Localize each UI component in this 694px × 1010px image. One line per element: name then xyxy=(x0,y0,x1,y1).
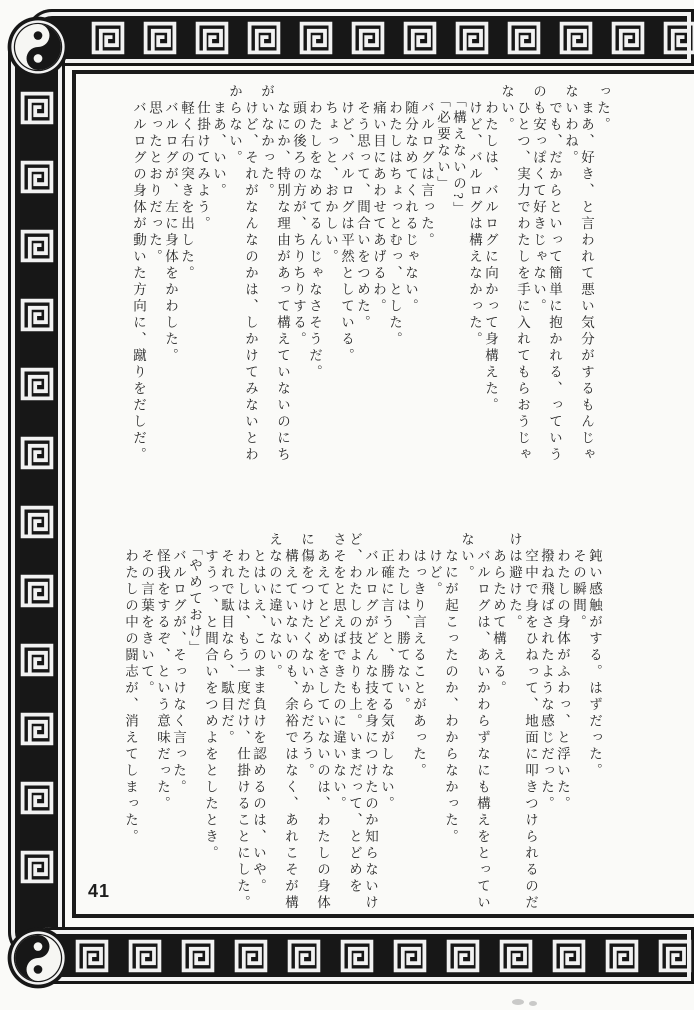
text-column: がいなかった。 xyxy=(258,84,274,468)
meander-spiral-icon xyxy=(392,938,428,974)
meander-spiral-icon xyxy=(604,938,640,974)
text-block-bottom: 鈍い感触がする。はずだった。 その瞬間。 わたしの身体がふわっ、と浮いた。 撥ね… xyxy=(122,532,602,916)
text-column: けど、バルログは構えなかった。 xyxy=(466,84,482,468)
text-column: ない。 xyxy=(458,532,474,916)
text-column: それで駄目なら、駄目だ。 xyxy=(218,532,234,916)
meander-spiral-icon xyxy=(246,20,282,56)
text-column: はっきり言えることがあった。 xyxy=(410,532,426,916)
text-column: 仕掛けてみよう。 xyxy=(194,84,210,468)
scanned-page: った。 まあ、好き、と言われて悪い気分がするもんじゃないわね。 でも、だからとい… xyxy=(0,0,694,1010)
yin-yang-icon-top xyxy=(7,16,69,78)
text-column: った。 xyxy=(594,84,610,468)
meander-spiral-icon xyxy=(19,573,55,609)
text-column: からない。 xyxy=(226,84,242,468)
meander-spiral-icon xyxy=(662,20,694,56)
text-column: バルログが、左に身体をかわした。 xyxy=(162,84,178,468)
text-column: ちょっと、おかしい。 xyxy=(322,84,338,468)
meander-spiral-icon xyxy=(74,938,110,974)
text-column: わたしは、もう一度だけ、仕掛けることにした。 xyxy=(234,532,250,916)
meander-spiral-icon xyxy=(19,849,55,885)
meander-spiral-icon xyxy=(506,20,542,56)
text-column: 空中で身をひねって、地面に叩きつけられるのだ xyxy=(522,532,538,916)
meander-spiral-icon xyxy=(19,780,55,816)
text-block-top: った。 まあ、好き、と言われて悪い気分がするもんじゃないわね。 でも、だからとい… xyxy=(130,84,610,468)
text-column: けど、バルログは平然としている。 xyxy=(338,84,354,468)
meander-spiral-icon xyxy=(657,938,693,974)
meander-spiral-icon xyxy=(19,366,55,402)
text-column: ない。 xyxy=(498,84,514,468)
text-column: けど。 xyxy=(426,532,442,916)
meander-spiral-icon xyxy=(19,90,55,126)
text-column: その瞬間。 xyxy=(570,532,586,916)
text-column: に傷をつけたくないからだろう。 xyxy=(298,532,314,916)
text-column: わたしは、バルログに向かって身構えた。 xyxy=(482,84,498,468)
meander-spiral-icon xyxy=(402,20,438,56)
meander-spiral-icon xyxy=(19,297,55,333)
meander-spiral-icon xyxy=(194,20,230,56)
meander-spiral-icon xyxy=(558,20,594,56)
meander-spiral-icon xyxy=(142,20,178,56)
meander-spiral-icon xyxy=(180,938,216,974)
meander-spiral-icon xyxy=(127,938,163,974)
yin-yang-icon-bottom xyxy=(7,927,69,989)
text-column: バルログは、あいかわらずなにも構えをとってい xyxy=(474,532,490,916)
text-column: あらためて構える。 xyxy=(490,532,506,916)
meander-spiral-icon xyxy=(19,435,55,471)
page-number: 41 xyxy=(88,881,110,902)
text-column: わたしの身体がふわっ、と浮いた。 xyxy=(554,532,570,916)
text-column: 思ったとおりだった。 xyxy=(146,84,162,468)
text-column: けど、それがなんなのかは、しかけてみないとわ xyxy=(242,84,258,468)
text-column: 構えていないのも、余裕ではなく、あれこそが構 xyxy=(282,532,298,916)
text-column: そう思って、間合いをつめた。 xyxy=(354,84,370,468)
text-column: さそをと思えばできたのに違いない。 xyxy=(330,532,346,916)
meander-spiral-icon xyxy=(233,938,269,974)
text-column: のも安っぽくて好きじゃない。 xyxy=(530,84,546,468)
meander-row-top xyxy=(26,9,694,66)
text-column: 軽く右の突きを出した。 xyxy=(178,84,194,468)
meander-spiral-icon xyxy=(350,20,386,56)
meander-spiral-icon xyxy=(610,20,646,56)
text-column: バルログの身体が動いた方向に、蹴りをだしだ。 xyxy=(130,84,146,468)
meander-spiral-icon xyxy=(445,938,481,974)
text-column: 「やめておけ」 xyxy=(186,532,202,916)
text-column: 鈍い感触がする。はずだった。 xyxy=(586,532,602,916)
text-column: 「必要ない」 xyxy=(434,84,450,468)
meander-spiral-icon xyxy=(90,20,126,56)
text-column: ないわね。 xyxy=(562,84,578,468)
meander-column-left xyxy=(8,24,65,958)
meander-spiral-icon xyxy=(339,938,375,974)
text-column: わたしはちょっとむっ、とした。 xyxy=(386,84,402,468)
text-column: すうっ、と間合いをつめよをとしたとき。 xyxy=(202,532,218,916)
meander-spiral-icon xyxy=(19,228,55,264)
text-column: わたしをなめてるんじゃなさそうだ。 xyxy=(306,84,322,468)
text-column: その言葉をきいて。 xyxy=(138,532,154,916)
scan-noise-speck xyxy=(529,1001,537,1006)
text-column: まあ、好き、と言われて悪い気分がするもんじゃ xyxy=(578,84,594,468)
meander-spiral-icon xyxy=(19,711,55,747)
border-band-top xyxy=(26,9,694,66)
text-column: 撥ね飛ばされたような感じだった。 xyxy=(538,532,554,916)
text-column: 痛い目にあわせてあげるわ。 xyxy=(370,84,386,468)
text-column: 随分なめてくれるじゃない。 xyxy=(402,84,418,468)
text-column: 「構えないの?」 xyxy=(450,84,466,468)
text-column: とはいえ、このまま負けを認めるのは、いや。 xyxy=(250,532,266,916)
text-column: けは避けた。 xyxy=(506,532,522,916)
text-column: バルログは言った。 xyxy=(418,84,434,468)
border-band-left xyxy=(8,24,65,958)
text-column: でも、だからといって簡単に抱かれる、っていう xyxy=(546,84,562,468)
text-column: わたしは、勝てない。 xyxy=(394,532,410,916)
meander-spiral-icon xyxy=(19,642,55,678)
scan-noise-speck xyxy=(512,999,524,1005)
border-band-bottom xyxy=(26,927,694,984)
meander-spiral-icon xyxy=(298,20,334,56)
text-column: なにか、特別な理由があって構えていないのにち xyxy=(274,84,290,468)
text-column: 怪我をするぞ、という意味だった。 xyxy=(154,532,170,916)
text-column: バルログがどんな技を身につけたのか知らないけ xyxy=(362,532,378,916)
text-column: 頭の後ろの方が、ちりちりする。 xyxy=(290,84,306,468)
text-column: あえてとどめをさしていないのは、わたしの身体 xyxy=(314,532,330,916)
meander-row-bottom xyxy=(26,927,694,984)
meander-spiral-icon xyxy=(19,504,55,540)
text-column: 正確に言うと、勝てる気がしない。 xyxy=(378,532,394,916)
text-column: ひとつ、実力でわたしを手に入れてもらおうじゃ xyxy=(514,84,530,468)
meander-spiral-icon xyxy=(498,938,534,974)
text-column: わたしの中の闘志が、消えてしまった。 xyxy=(122,532,138,916)
text-column: えなのに違いない。 xyxy=(266,532,282,916)
text-column: バルログが、そっけなく言った。 xyxy=(170,532,186,916)
text-column: まあ、いい。 xyxy=(210,84,226,468)
text-column: ど、わたしの技よりも上。いまだって、とどめを xyxy=(346,532,362,916)
meander-spiral-icon xyxy=(454,20,490,56)
meander-spiral-icon xyxy=(19,159,55,195)
meander-spiral-icon xyxy=(551,938,587,974)
text-column: なにが起こったのか、わからなかった。 xyxy=(442,532,458,916)
meander-spiral-icon xyxy=(286,938,322,974)
